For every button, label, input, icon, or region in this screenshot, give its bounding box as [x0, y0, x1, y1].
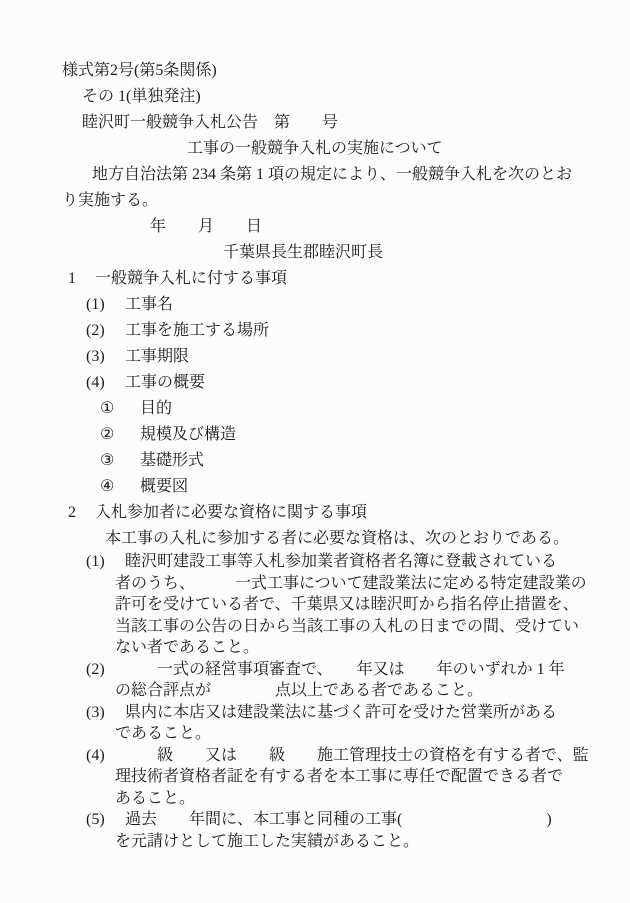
- item-text: ない者であること。: [115, 637, 259, 659]
- subitem-marker: ②: [100, 422, 114, 448]
- item-text: 一式の経営事項審査で、 年又は 年のいずれか 1 年: [125, 659, 565, 681]
- item-text: の総合評点が 点以上である者であること。: [115, 680, 483, 702]
- section-1-item-3: (3) 工事期限: [0, 344, 630, 370]
- item-marker: (5): [86, 809, 105, 831]
- item-text: あること。: [115, 788, 195, 810]
- section-1-heading-line: 1 一般競争入札に付する事項: [0, 266, 630, 292]
- item-text: 工事名: [125, 292, 173, 318]
- form-subtype: その 1(単独発注): [82, 84, 201, 110]
- item-marker: (1): [86, 292, 105, 318]
- section-1-number: 1: [68, 266, 76, 292]
- subitem-text: 規模及び構造: [140, 422, 236, 448]
- item-text: 当該工事の公告の日から当該工事の入札の日までの間、受けてい: [115, 616, 579, 638]
- date-placeholders: 年 月 日: [150, 214, 262, 240]
- item-text: であること。: [115, 723, 211, 745]
- section-1-item-4: (4) 工事の概要: [0, 370, 630, 396]
- subitem-text: 目的: [140, 396, 172, 422]
- section-1-subitem-4: ④ 概要図: [0, 474, 630, 500]
- item-text: 睦沢町建設工事等入札参加業者資格者名簿に登載されている: [125, 551, 557, 573]
- item-marker: (2): [86, 659, 105, 681]
- section-2-item-1-line-3: 許可を受けている者で、千葉県又は睦沢町から指名停止措置を、: [0, 594, 630, 616]
- section-2-item-3-line-1: (3) 県内に本店又は建設業法に基づく許可を受けた営業所がある: [0, 702, 630, 724]
- section-2-item-1-line-2: 者のうち、 一式工事について建設業法に定める特定建設業の: [0, 573, 630, 595]
- form-number-line: 様式第2号(第5条関係): [0, 58, 630, 84]
- item-marker: (3): [86, 344, 105, 370]
- item-text: 者のうち、 一式工事について建設業法に定める特定建設業の: [115, 573, 587, 595]
- item-text: 工事を施工する場所: [125, 318, 269, 344]
- item-marker: (2): [86, 318, 105, 344]
- section-2-item-4-line-2: 理技術者資格者証を有する者を本工事に専任で配置できる者で: [0, 766, 630, 788]
- issuer-name: 千葉県長生郡睦沢町長: [223, 240, 383, 266]
- form-number: 様式第2号(第5条関係): [62, 58, 217, 84]
- section-1-item-2: (2) 工事を施工する場所: [0, 318, 630, 344]
- item-text: 県内に本店又は建設業法に基づく許可を受けた営業所がある: [125, 702, 557, 724]
- issuer-line: 千葉県長生郡睦沢町長: [0, 240, 630, 266]
- section-2-item-1-line-1: (1) 睦沢町建設工事等入札参加業者資格者名簿に登載されている: [0, 551, 630, 573]
- section-2-number: 2: [68, 500, 76, 526]
- section-1-item-1: (1) 工事名: [0, 292, 630, 318]
- item-text: 級 又は 級 施工管理技士の資格を有する者で、監: [125, 745, 589, 767]
- section-2-item-2-line-1: (2) 一式の経営事項審査で、 年又は 年のいずれか 1 年: [0, 659, 630, 681]
- notice-number-line: 睦沢町一般競争入札公告 第 号: [0, 110, 630, 136]
- intro-text-2: り実施する。: [62, 188, 158, 214]
- document-page: 様式第2号(第5条関係) その 1(単独発注) 睦沢町一般競争入札公告 第 号 …: [0, 0, 630, 903]
- item-text: 工事の概要: [125, 370, 205, 396]
- section-2-item-1-line-5: ない者であること。: [0, 637, 630, 659]
- item-marker: (1): [86, 551, 105, 573]
- section-2-item-4-line-1: (4) 級 又は 級 施工管理技士の資格を有する者で、監: [0, 745, 630, 767]
- item-text: 過去 年間に、本工事と同種の工事( ): [125, 809, 552, 831]
- item-text: 理技術者資格者証を有する者を本工事に専任で配置できる者で: [115, 766, 563, 788]
- section-2-item-5-line-2: を元請けとして施工した実績があること。: [0, 831, 630, 853]
- intro-line-2: り実施する。: [0, 188, 630, 214]
- subitem-text: 概要図: [140, 474, 188, 500]
- document-title-line: 工事の一般競争入札の実施について: [0, 136, 630, 162]
- item-text: を元請けとして施工した実績があること。: [115, 831, 419, 853]
- item-marker: (4): [86, 370, 105, 396]
- section-2-item-5-line-1: (5) 過去 年間に、本工事と同種の工事( ): [0, 809, 630, 831]
- subitem-text: 基礎形式: [140, 448, 204, 474]
- subitem-marker: ④: [100, 474, 114, 500]
- section-2-item-2-line-2: の総合評点が 点以上である者であること。: [0, 680, 630, 702]
- subitem-marker: ①: [100, 396, 114, 422]
- notice-number: 睦沢町一般競争入札公告 第 号: [82, 110, 338, 136]
- section-1-subitem-2: ② 規模及び構造: [0, 422, 630, 448]
- intro-line-1: 地方自治法第 234 条第 1 項の規定により、一般競争入札を次のとお: [0, 162, 630, 188]
- date-line: 年 月 日: [0, 214, 630, 240]
- subitem-marker: ③: [100, 448, 114, 474]
- intro-text-1: 地方自治法第 234 条第 1 項の規定により、一般競争入札を次のとお: [92, 162, 572, 188]
- section-1-subitem-3: ③ 基礎形式: [0, 448, 630, 474]
- item-marker: (4): [86, 745, 105, 767]
- form-subtype-line: その 1(単独発注): [0, 84, 630, 110]
- item-text: 許可を受けている者で、千葉県又は睦沢町から指名停止措置を、: [115, 594, 579, 616]
- section-1-subitem-1: ① 目的: [0, 396, 630, 422]
- section-2-lead-line: 本工事の入札に参加する者に必要な資格は、次のとおりである。: [0, 526, 630, 551]
- section-2-item-3-line-2: であること。: [0, 723, 630, 745]
- section-1-heading: 一般競争入札に付する事項: [95, 266, 287, 292]
- section-2-item-4-line-3: あること。: [0, 788, 630, 810]
- item-text: 工事期限: [125, 344, 189, 370]
- section-2-heading: 入札参加者に必要な資格に関する事項: [95, 500, 367, 526]
- section-2-lead: 本工事の入札に参加する者に必要な資格は、次のとおりである。: [105, 526, 569, 551]
- section-2-heading-line: 2 入札参加者に必要な資格に関する事項: [0, 500, 630, 526]
- item-marker: (3): [86, 702, 105, 724]
- section-2-item-1-line-4: 当該工事の公告の日から当該工事の入札の日までの間、受けてい: [0, 616, 630, 638]
- document-title: 工事の一般競争入札の実施について: [187, 136, 443, 162]
